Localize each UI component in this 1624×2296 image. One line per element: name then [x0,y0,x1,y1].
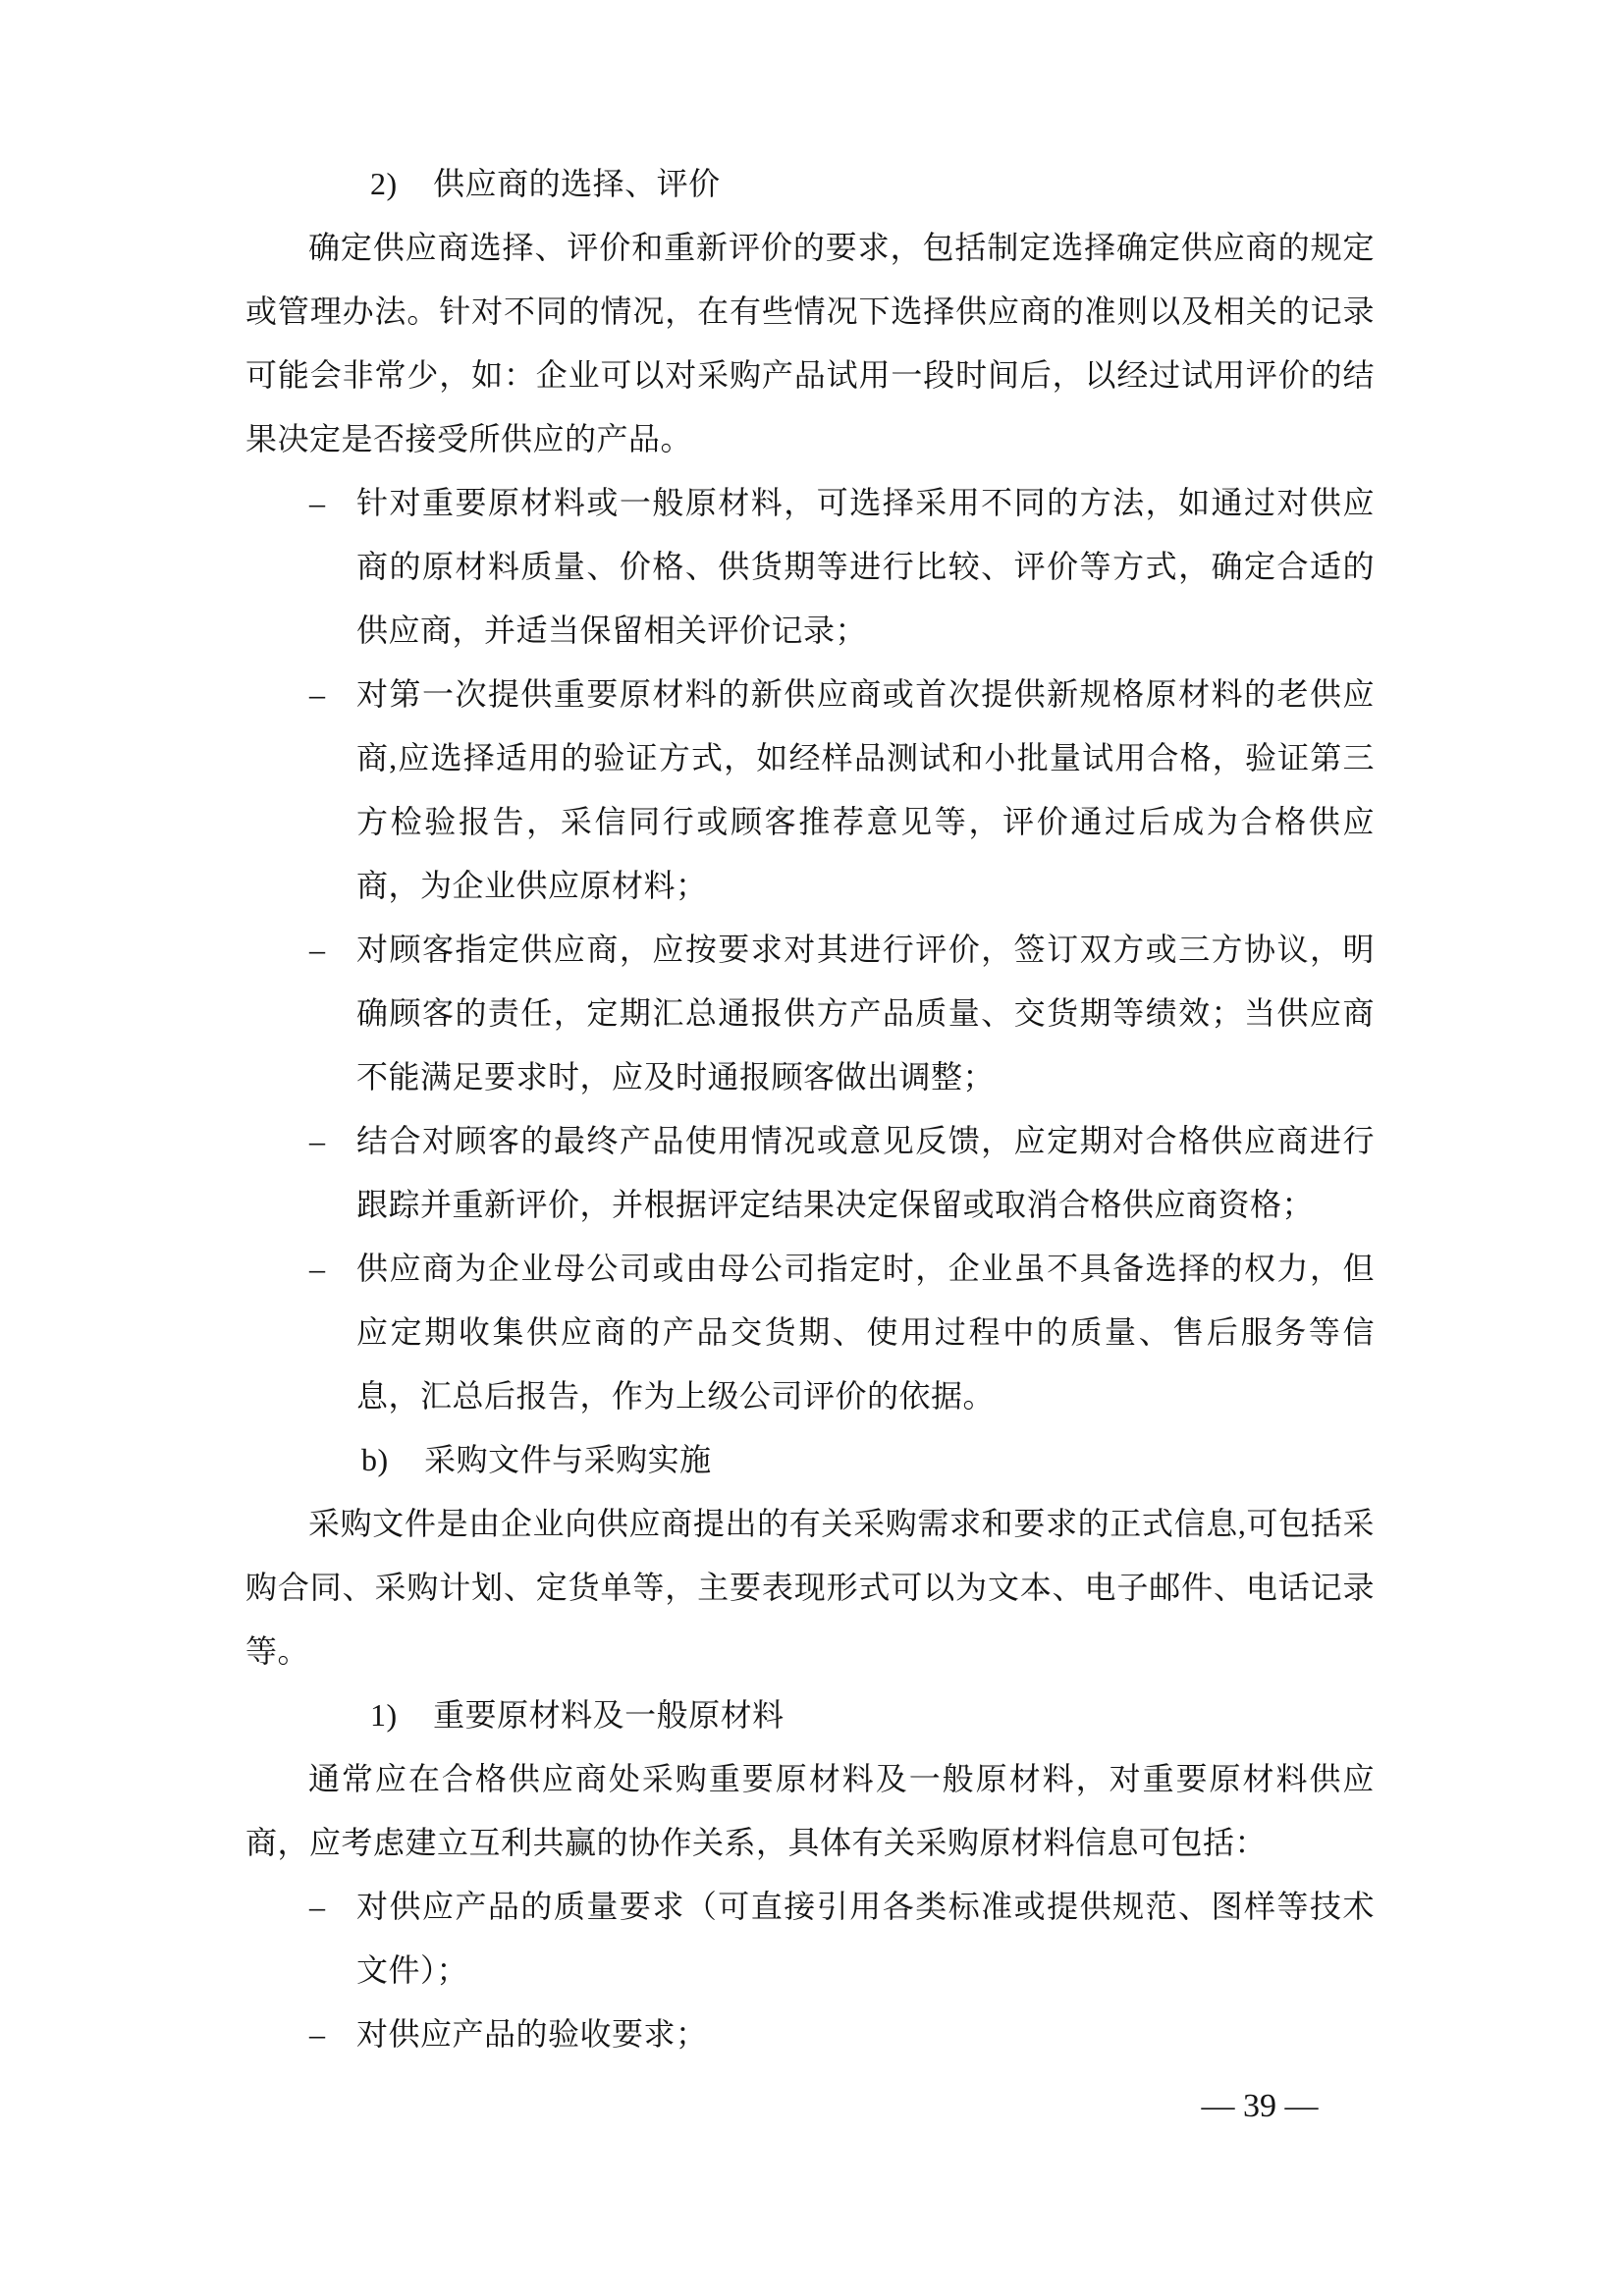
dash-bullet-list-supplier: – 针对重要原材料或一般原材料，可选择采用不同的方法，如通过对供应商的原材料质量… [245,471,1375,1428]
paragraph-raw-materials: 通常应在合格供应商处采购重要原材料及一般原材料，对重要原材料供应商，应考虑建立互… [245,1747,1375,1875]
bullet-text: 对顾客指定供应商，应按要求对其进行评价，签订双方或三方协议，明确顾客的责任，定期… [356,932,1375,1095]
dash-bullet-icon: – [309,471,326,535]
bullet-text: 针对重要原材料或一般原材料，可选择采用不同的方法，如通过对供应商的原材料质量、价… [356,485,1375,648]
heading-marker: b) [361,1428,389,1492]
section-heading-b: b) 采购文件与采购实施 [245,1428,1375,1492]
bullet-item: – 供应商为企业母公司或由母公司指定时，企业虽不具备选择的权力，但应定期收集供应… [245,1237,1375,1428]
dash-bullet-icon: – [309,2002,326,2066]
document-page: { "content": { "bullet_marker": "–", "bl… [0,0,1624,2296]
bullet-item: – 对供应产品的验收要求； [245,2002,1375,2066]
bullet-item: – 针对重要原材料或一般原材料，可选择采用不同的方法，如通过对供应商的原材料质量… [245,471,1375,663]
bullet-text: 结合对顾客的最终产品使用情况或意见反馈，应定期对合格供应商进行跟踪并重新评价，并… [356,1123,1375,1222]
bullet-item: – 对第一次提供重要原材料的新供应商或首次提供新规格原材料的老供应商,应选择适用… [245,663,1375,918]
heading-label: 供应商的选择、评价 [433,152,721,216]
dash-bullet-icon: – [309,1875,326,1939]
bullet-item: – 对顾客指定供应商，应按要求对其进行评价，签订双方或三方协议，明确顾客的责任，… [245,918,1375,1109]
heading-label: 采购文件与采购实施 [424,1428,712,1492]
dash-bullet-icon: – [309,663,326,726]
heading-marker: 2) [370,152,398,216]
bullet-text: 供应商为企业母公司或由母公司指定时，企业虽不具备选择的权力，但应定期收集供应商的… [356,1251,1375,1414]
dash-bullet-icon: – [309,1237,326,1301]
paragraph-supplier-evaluation: 确定供应商选择、评价和重新评价的要求，包括制定选择确定供应商的规定或管理办法。针… [245,216,1375,471]
heading-label: 重要原材料及一般原材料 [433,1683,785,1747]
bullet-text: 对第一次提供重要原材料的新供应商或首次提供新规格原材料的老供应商,应选择适用的验… [356,676,1375,903]
dash-bullet-list-materials: – 对供应产品的质量要求（可直接引用各类标准或提供规范、图样等技术文件）； – … [245,1875,1375,2066]
bullet-item: – 对供应产品的质量要求（可直接引用各类标准或提供规范、图样等技术文件）； [245,1875,1375,2002]
dash-bullet-icon: – [309,1109,326,1173]
heading-marker: 1) [370,1683,398,1747]
bullet-text: 对供应产品的验收要求； [356,2016,708,2052]
text-content: 2) 供应商的选择、评价 确定供应商选择、评价和重新评价的要求，包括制定选择确定… [245,152,1375,2066]
dash-bullet-icon: – [309,918,326,982]
bullet-text: 对供应产品的质量要求（可直接引用各类标准或提供规范、图样等技术文件）； [356,1889,1375,1988]
bullet-item: – 结合对顾客的最终产品使用情况或意见反馈，应定期对合格供应商进行跟踪并重新评价… [245,1109,1375,1237]
page-number: — 39 — [1181,2087,1338,2126]
section-heading-1: 1) 重要原材料及一般原材料 [245,1683,1375,1747]
section-heading-2: 2) 供应商的选择、评价 [245,152,1375,216]
paragraph-purchase-documents: 采购文件是由企业向供应商提出的有关采购需求和要求的正式信息,可包括采购合同、采购… [245,1492,1375,1683]
